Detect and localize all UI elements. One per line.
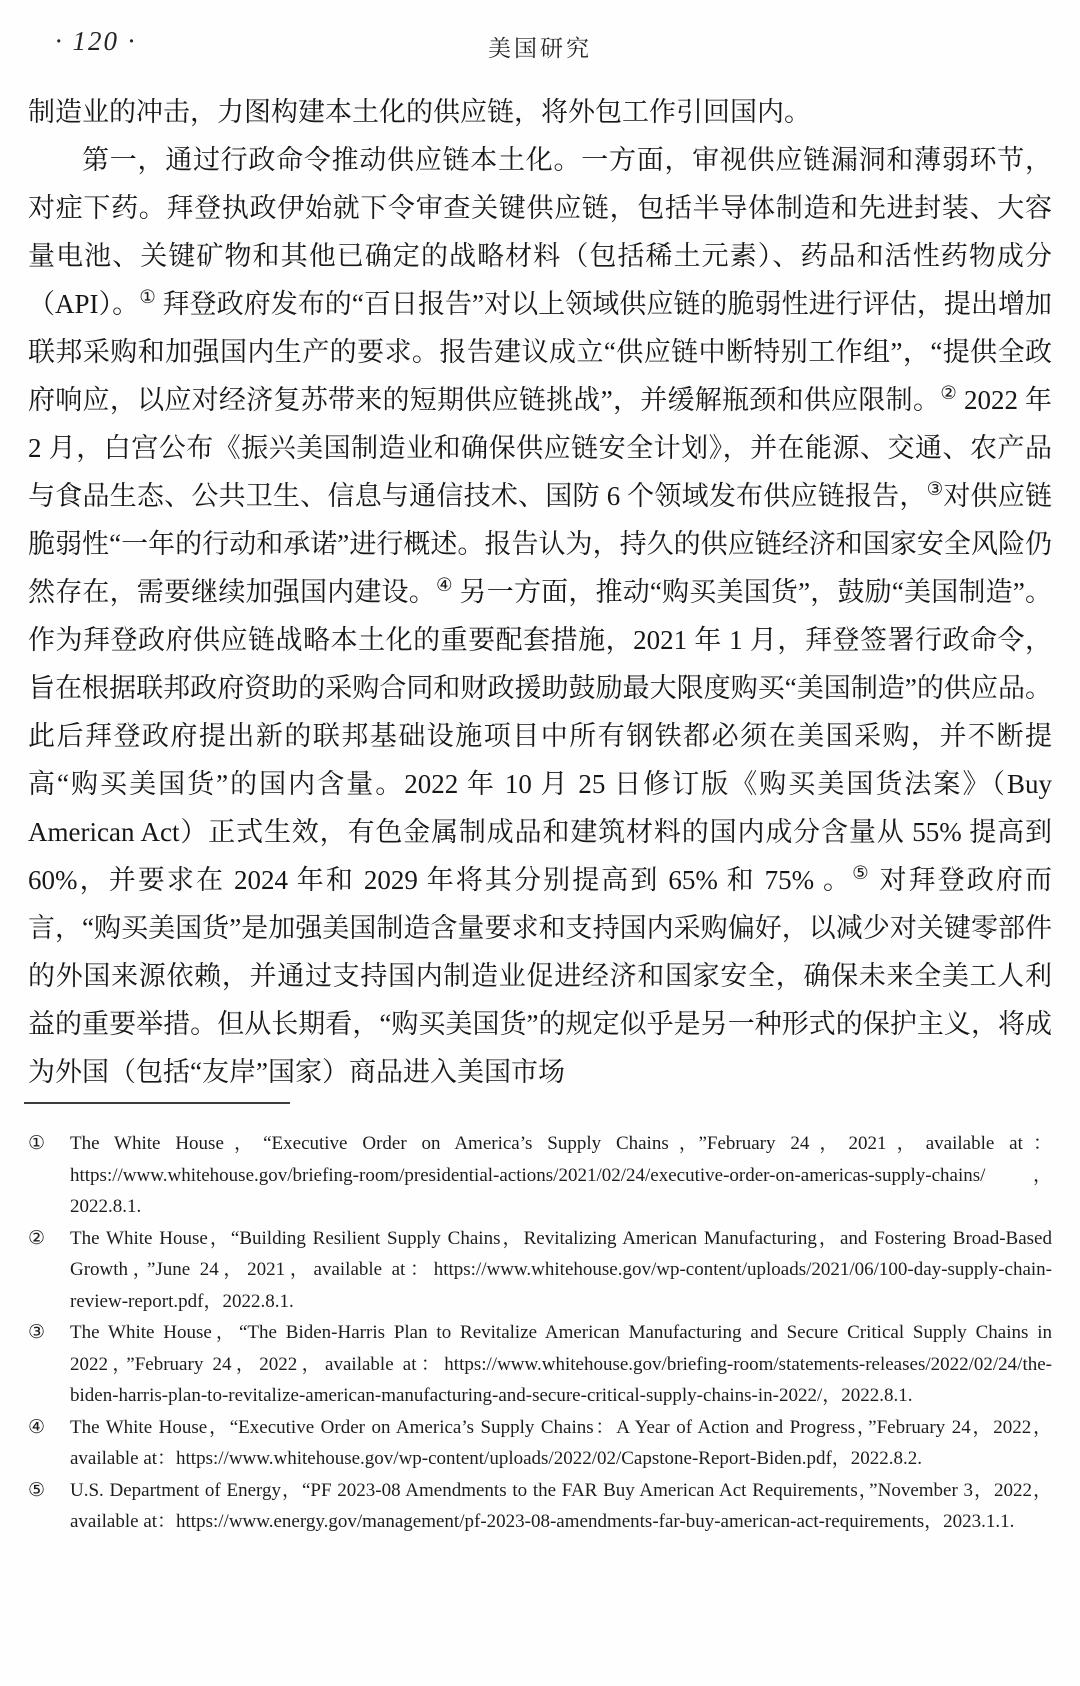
footnote-marker: ④ bbox=[28, 1412, 70, 1444]
footnote-item: ⑤U.S. Department of Energy，“PF 2023-08 A… bbox=[28, 1475, 1052, 1538]
body-text: 制造业的冲击，力图构建本土化的供应链，将外包工作引回国内。第一，通过行政命令推动… bbox=[28, 88, 1052, 1096]
paragraph: 第一，通过行政命令推动供应链本土化。一方面，审视供应链漏洞和薄弱环节，对症下药。… bbox=[28, 136, 1052, 1096]
footnote-ref: ② bbox=[940, 383, 957, 403]
footnote-ref: ④ bbox=[436, 575, 453, 595]
footnote-marker: ① bbox=[28, 1128, 70, 1160]
footnote-item: ①The White House，“Executive Order on Ame… bbox=[28, 1128, 1052, 1223]
footnote-ref: ③ bbox=[927, 479, 944, 499]
footnote-item: ②The White House，“Building Resilient Sup… bbox=[28, 1223, 1052, 1318]
footnote-ref: ① bbox=[139, 287, 156, 307]
page-header: · 120 · 美国研究 bbox=[0, 24, 1080, 68]
paragraph: 制造业的冲击，力图构建本土化的供应链，将外包工作引回国内。 bbox=[28, 88, 1052, 136]
footnote-marker: ③ bbox=[28, 1317, 70, 1349]
text-run: 制造业的冲击，力图构建本土化的供应链，将外包工作引回国内。 bbox=[28, 97, 811, 127]
footnote-marker: ② bbox=[28, 1223, 70, 1255]
footnote-text: The White House，“Building Resilient Supp… bbox=[70, 1228, 1052, 1312]
text-run: 对拜登政府而言，“购买美国货”是加强美国制造含量要求和支持国内采购偏好，以减少对… bbox=[28, 865, 1052, 1087]
footnote-text: The White House，“Executive Order on Amer… bbox=[70, 1417, 1052, 1470]
journal-page: · 120 · 美国研究 制造业的冲击，力图构建本土化的供应链，将外包工作引回国… bbox=[0, 0, 1080, 1686]
text-run: 另一方面，推动“购买美国货”，鼓励“美国制造”。作为拜登政府供应链战略本土化的重… bbox=[28, 577, 1052, 895]
footnotes-section: ①The White House，“Executive Order on Ame… bbox=[28, 1128, 1052, 1538]
footnote-text: The White House，“The Biden-Harris Plan t… bbox=[70, 1322, 1052, 1406]
footnote-item: ③The White House，“The Biden-Harris Plan … bbox=[28, 1317, 1052, 1412]
footnote-text: The White House，“Executive Order on Amer… bbox=[70, 1133, 1052, 1217]
footnote-item: ④The White House，“Executive Order on Ame… bbox=[28, 1412, 1052, 1475]
footnote-separator bbox=[24, 1102, 290, 1104]
footnote-ref: ⑤ bbox=[852, 863, 871, 883]
footnote-marker: ⑤ bbox=[28, 1475, 70, 1507]
text-run: 拜登政府发布的“百日报告”对以上领域供应链的脆弱性进行评估，提出增加联邦采购和加… bbox=[28, 289, 1052, 415]
journal-title: 美国研究 bbox=[0, 30, 1080, 63]
footnote-text: U.S. Department of Energy，“PF 2023-08 Am… bbox=[70, 1480, 1052, 1533]
